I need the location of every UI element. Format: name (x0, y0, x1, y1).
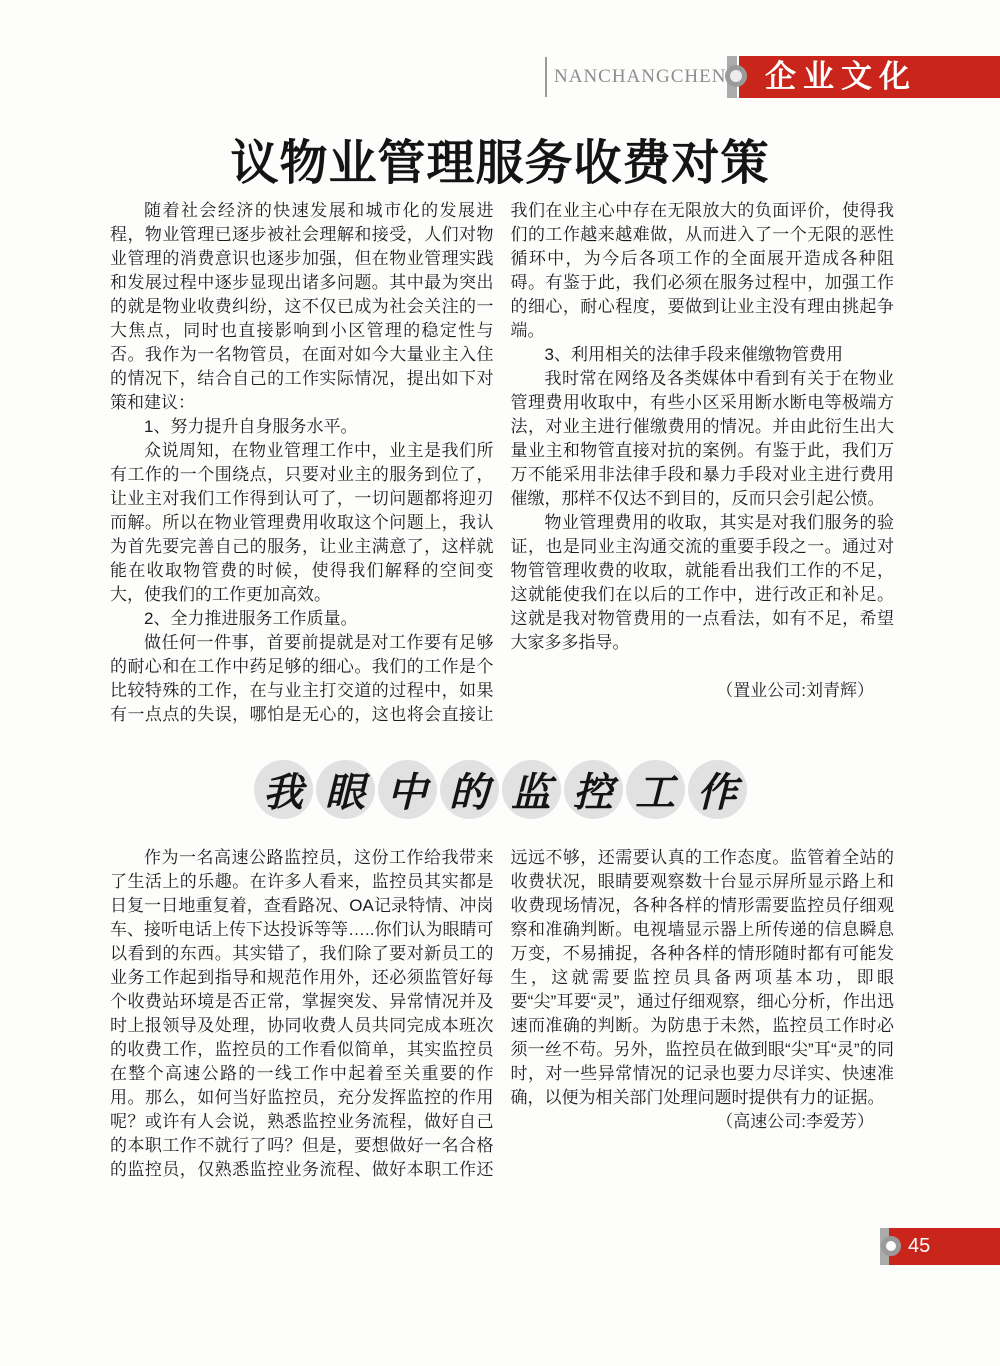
article1-paragraph: 物业管理费用的收取，其实是对我们服务的验证，也是同业主沟通交流的重要手段之一。通… (511, 511, 895, 655)
title-stamp-circle: 我 (254, 760, 313, 819)
title-stamp-circle: 中 (378, 760, 437, 819)
article1-subheading: 3、利用相关的法律手段来催缴物管费用 (511, 343, 895, 367)
title-stamp-circle: 作 (688, 760, 747, 819)
title-stamp-circle: 控 (564, 760, 623, 819)
article2-body: 作为一名高速公路监控员，这份工作给我带来了生活上的乐趣。在许多人看来，监控员其实… (110, 846, 894, 1186)
article1-title: 议物业管理服务收费对策 (0, 124, 1000, 193)
article1-subheading: 1、努力提升自身服务水平。 (110, 415, 494, 439)
title-stamp-circle: 的 (440, 760, 499, 819)
magazine-page: NANCHANGCHENGTOU 企业文化 议物业管理服务收费对策 随着社会经济… (0, 0, 1000, 1366)
article1-author-signature: （置业公司:刘青辉） (511, 679, 895, 703)
article1-paragraph: 众说周知，在物业管理工作中，业主是我们所有工作的一个围绕点，只要对业主的服务到位… (110, 439, 494, 607)
title-stamp-circle: 工 (626, 760, 685, 819)
title-stamp-circle: 眼 (316, 760, 375, 819)
article2-title: 我 眼 中 的 监 控 工 作 (0, 760, 1000, 819)
ring-icon (725, 65, 747, 87)
article1-subheading: 2、全力推进服务工作质量。 (110, 607, 494, 631)
page-number: 45 (889, 1228, 1000, 1265)
article2-paragraph: 作为一名高速公路监控员，这份工作给我带来了生活上的乐趣。在许多人看来，监控员其实… (110, 846, 894, 1186)
header-section-badge: 企业文化 (739, 56, 1000, 98)
article1-paragraph: 随着社会经济的快速发展和城市化的发展进程，物业管理已逐步被社会理解和接受，人们对… (110, 199, 494, 415)
footer-page-badge: 45 (889, 1228, 1000, 1265)
header-section-label: 企业文化 (739, 56, 1000, 98)
title-stamp-circle: 监 (502, 760, 561, 819)
article2-author-signature: （高速公司:李爱芳） (511, 1110, 895, 1134)
ring-icon (881, 1236, 901, 1256)
article1-body: 随着社会经济的快速发展和城市化的发展进程，物业管理已逐步被社会理解和接受，人们对… (110, 199, 894, 739)
header-divider-rule (545, 57, 547, 97)
article1-paragraph: 我时常在网络及各类媒体中看到有关于在物业管理费用收取中，有些小区采用断水断电等极… (511, 367, 895, 511)
